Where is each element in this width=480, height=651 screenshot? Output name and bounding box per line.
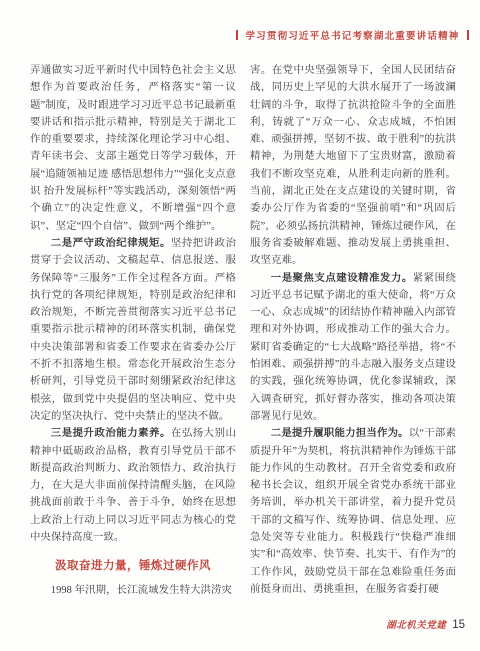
paragraph: 二是提升履职能力担当作为。以“干部素质提升年”为契机，将抗洪精神作为锤炼干部能力…: [250, 425, 456, 598]
paragraph: 二是严守政治纪律规矩。坚持把讲政治贯穿于会议活动、文稿起草、信息报送、服务保障等…: [30, 235, 236, 425]
page-header-banner: 学习贯彻习近平总书记考察湖北重要讲话精神: [236, 28, 469, 42]
paragraph: 1998 年汛期，长江流域发生特大洪涝灾: [30, 582, 236, 599]
paragraph-text: 紧紧围绕习近平总书记赋予湖北的重大使命，将“万众一心、众志成城”的团结协作精神融…: [250, 273, 456, 422]
page-number: 15: [452, 619, 465, 631]
header-rule-left-icon: [236, 30, 239, 40]
paragraph-text: 弄通做实习近平新时代中国特色社会主义思想作为首要政治任务，严格落实“第一议题”制…: [30, 65, 236, 232]
paragraph: 三是提升政治能力素养。在弘扬大别山精神中砥砺政治品格，教育引导党员干部不断提高政…: [30, 425, 236, 546]
article-body: 弄通做实习近平新时代中国特色社会主义思想作为首要政治任务，严格落实“第一议题”制…: [30, 62, 456, 600]
magazine-page: 学习贯彻习近平总书记考察湖北重要讲话精神 弄通做实习近平新时代中国特色社会主义思…: [0, 0, 480, 651]
page-footer: 湖北机关党建 15: [386, 617, 465, 631]
paragraph-lead: 二是严守政治纪律规矩。: [51, 238, 171, 249]
paragraph-lead: 三是提升政治能力素养。: [51, 428, 171, 439]
paragraph-text: 坚持把讲政治贯穿于会议活动、文稿起草、信息报送、服务保障等“三服务”工作全过程各…: [30, 238, 236, 422]
paragraph-text: 1998 年汛期，长江流域发生特大洪涝灾: [51, 585, 232, 596]
paragraph-text: 害。在党中央坚强领导下，全国人民团结奋战，同历史上罕见的大洪水展开了一场波澜壮阔…: [250, 65, 456, 266]
paragraph-text: 以“干部素质提升年”为契机，将抗洪精神作为锤炼干部能力作风的生动教材。召开全省党…: [250, 428, 456, 595]
right-column: 害。在党中央坚强领导下，全国人民团结奋战，同历史上罕见的大洪水展开了一场波澜壮阔…: [250, 62, 456, 600]
paragraph-continuation: 害。在党中央坚强领导下，全国人民团结奋战，同历史上罕见的大洪水展开了一场波澜壮阔…: [250, 62, 456, 270]
journal-brand: 湖北机关党建: [386, 617, 446, 631]
section-heading: 汲取奋进力量，锤炼过硬作风: [30, 557, 236, 573]
header-rule-right-icon: [467, 30, 470, 40]
left-column: 弄通做实习近平新时代中国特色社会主义思想作为首要政治任务，严格落实“第一议题”制…: [30, 62, 236, 600]
paragraph-continuation: 弄通做实习近平新时代中国特色社会主义思想作为首要政治任务，严格落实“第一议题”制…: [30, 62, 236, 235]
paragraph-text: 在弘扬大别山精神中砥砺政治品格，教育引导党员干部不断提高政治判断力、政治领悟力、…: [30, 428, 236, 543]
paragraph-lead: 一是聚焦支点建设精准发力。: [271, 273, 413, 284]
paragraph: 一是聚焦支点建设精准发力。紧紧围绕习近平总书记赋予湖北的重大使命，将“万众一心、…: [250, 270, 456, 426]
topic-banner-text: 学习贯彻习近平总书记考察湖北重要讲话精神: [245, 28, 459, 42]
paragraph-lead: 二是提升履职能力担当作为。: [271, 428, 409, 439]
